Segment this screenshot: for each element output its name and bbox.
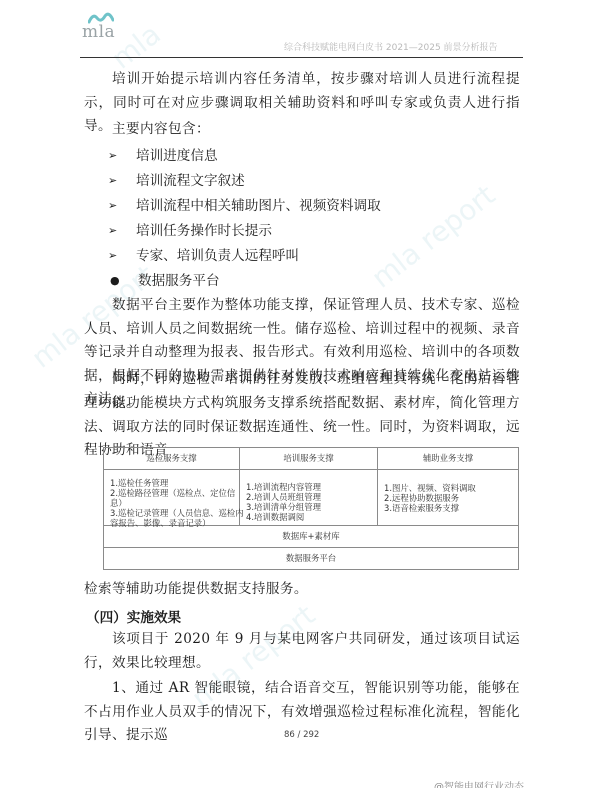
inspection-service-header: 巡检服务支撑 <box>104 448 240 469</box>
auxiliary-service-items: 1.图片、视频、资料调取 2.远程协助数据服务 3.语音检索服务支撑 <box>378 470 518 525</box>
diagram-header-row: 巡检服务支撑 培训服务支撑 辅助业务支撑 <box>104 448 518 470</box>
section-heading-implementation-effect: （四）实施效果 <box>86 606 181 626</box>
main-content-label: 主要内容包含： <box>84 118 520 142</box>
arrow-bullet-icon: ➢ <box>108 196 136 216</box>
list-item: ➢培训任务操作时长提示 <box>108 221 272 241</box>
diagram-body-row: 1.巡检任务管理 2.巡检路径管理（巡检点、定位信 息） 3.巡检记录管理（人员… <box>104 470 518 526</box>
list-item-data-platform: ●数据服务平台 <box>110 271 220 291</box>
list-item: ➢培训流程文字叙述 <box>108 171 245 191</box>
logo-text: mla <box>82 22 115 42</box>
service-architecture-diagram: 巡检服务支撑 培训服务支撑 辅助业务支撑 1.巡检任务管理 2.巡检路径管理（巡… <box>103 447 519 570</box>
paragraph-modules-continued: 检索等辅助功能提供数据支持服务。 <box>84 578 520 602</box>
logo: mla <box>82 10 122 50</box>
list-item: ➢培训流程中相关辅助图片、视频资料调取 <box>108 196 381 216</box>
dot-bullet-icon: ● <box>110 271 138 291</box>
arrow-bullet-icon: ➢ <box>108 246 136 266</box>
list-item: ➢培训进度信息 <box>108 146 218 166</box>
watermark: mla report <box>365 178 501 294</box>
source-watermark: @智能电网行业动态 <box>434 778 524 788</box>
arrow-bullet-icon: ➢ <box>108 221 136 241</box>
document-page: mla mla report mla report mla report mla… <box>0 0 600 788</box>
arrow-bullet-icon: ➢ <box>108 171 136 191</box>
database-row: 数据库+素材库 <box>104 526 518 548</box>
training-service-items: 1.培训流程内容管理 2.培训人员班组管理 3.培训清单分组管理 4.培训数据调… <box>240 470 378 525</box>
inspection-service-items: 1.巡检任务管理 2.巡检路径管理（巡检点、定位信 息） 3.巡检记录管理（人员… <box>104 470 240 525</box>
training-service-header: 培训服务支撑 <box>240 448 378 469</box>
header-rule <box>80 57 523 58</box>
paragraph-effect: 该项目于 2020 年 9 月与某电网客户共同研发，通过该项目试运行，效果比较理… <box>84 628 520 675</box>
running-header-title: 综合科技赋能电网白皮书 2021—2025 前景分析报告 <box>284 40 498 53</box>
data-service-platform-row: 数据服务平台 <box>104 548 518 569</box>
list-item: ➢专家、培训负责人远程呼叫 <box>108 246 299 266</box>
page-number: 86 / 292 <box>284 730 319 740</box>
arrow-bullet-icon: ➢ <box>108 146 136 166</box>
auxiliary-service-header: 辅助业务支撑 <box>378 448 518 469</box>
